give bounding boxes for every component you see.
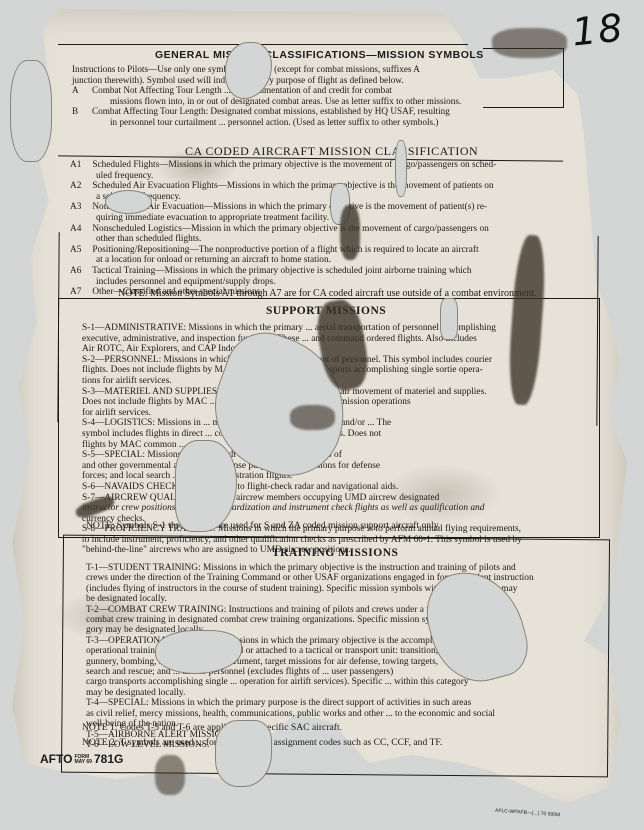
training-title: TRAINING MISSIONS: [272, 547, 398, 559]
ca-note: NOTE: Mission Symbols A1 through A7 are …: [118, 288, 537, 299]
ca-items: A1 Scheduled Flights—Missions in which t…: [70, 160, 496, 298]
form-id: AFTOFORMMAY 69781G: [40, 752, 123, 766]
stain-top-right: [492, 28, 567, 58]
general-title: GENERAL MISSION CLASSIFICATIONS—MISSION …: [155, 49, 484, 61]
code-label: A: [72, 85, 92, 96]
support-note: NOTE: Symbols S-1 through S-8 are used f…: [86, 520, 440, 531]
page-number: 18: [570, 5, 627, 54]
stain-center-top: [340, 205, 360, 260]
stain-bottom-left: [155, 755, 185, 795]
hole-small-3: [440, 298, 458, 340]
hole-left: [105, 190, 152, 214]
ca-title: CA CODED AIRCRAFT MISSION CLASSIFICATION: [185, 144, 478, 159]
stain-support-mid: [290, 405, 335, 430]
hole-small-1: [395, 140, 407, 197]
hole-bottom: [215, 720, 272, 787]
hole-edge-left: [10, 60, 52, 162]
